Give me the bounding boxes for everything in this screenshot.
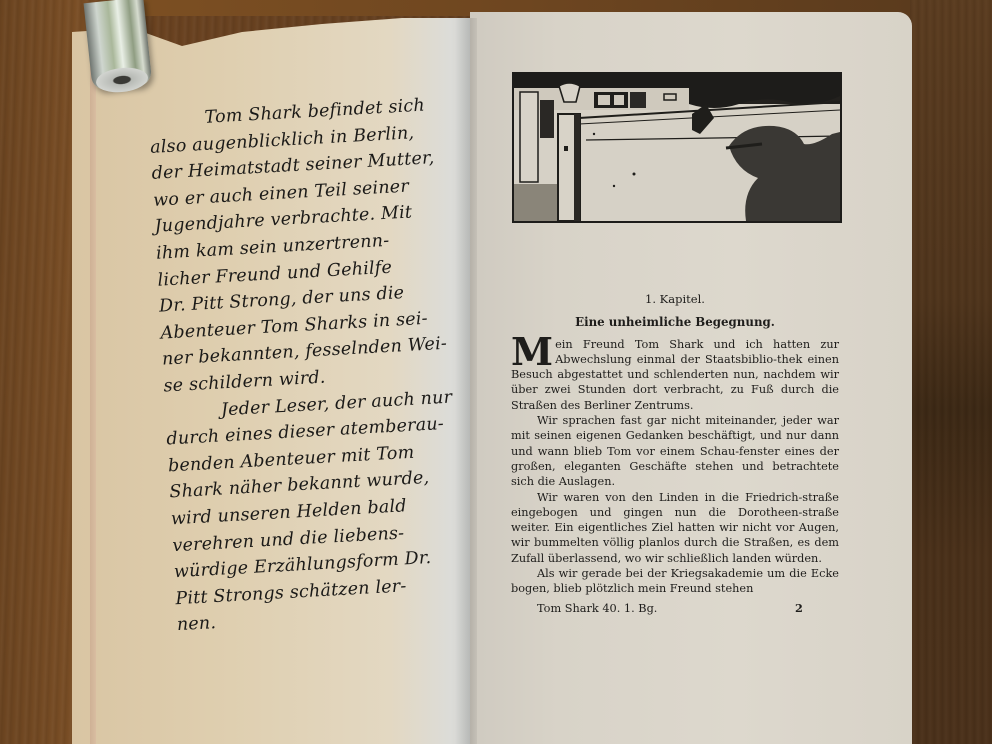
handwritten-text: Tom Shark befindet sich also augenblickl… [148,91,487,639]
paragraph: Als wir gerade bei der Kriegsakademie um… [511,566,839,597]
paragraph: Mein Freund Tom Shark und ich hatten zur… [511,337,839,413]
page-number: 2 [795,601,803,616]
wooden-table-right [910,0,992,744]
printed-chapter: 1. Kapitel. Eine unheimliche Begegnung. … [511,292,839,617]
chapter-number: 1. Kapitel. [511,292,839,307]
drop-cap: M [511,337,553,367]
left-page-pink-edge [90,60,96,744]
signature-mark: Tom Shark 40. 1. Bg. [537,601,657,616]
woodcut-scene-icon [514,74,840,221]
page-footer: Tom Shark 40. 1. Bg. 2 [511,601,839,617]
paragraph: Wir sprachen fast gar nicht miteinander,… [511,413,839,489]
paragraph: Wir waren von den Linden in die Friedric… [511,490,839,566]
chapter-title: Eine unheimliche Begegnung. [511,315,839,330]
chapter-illustration [512,72,842,223]
